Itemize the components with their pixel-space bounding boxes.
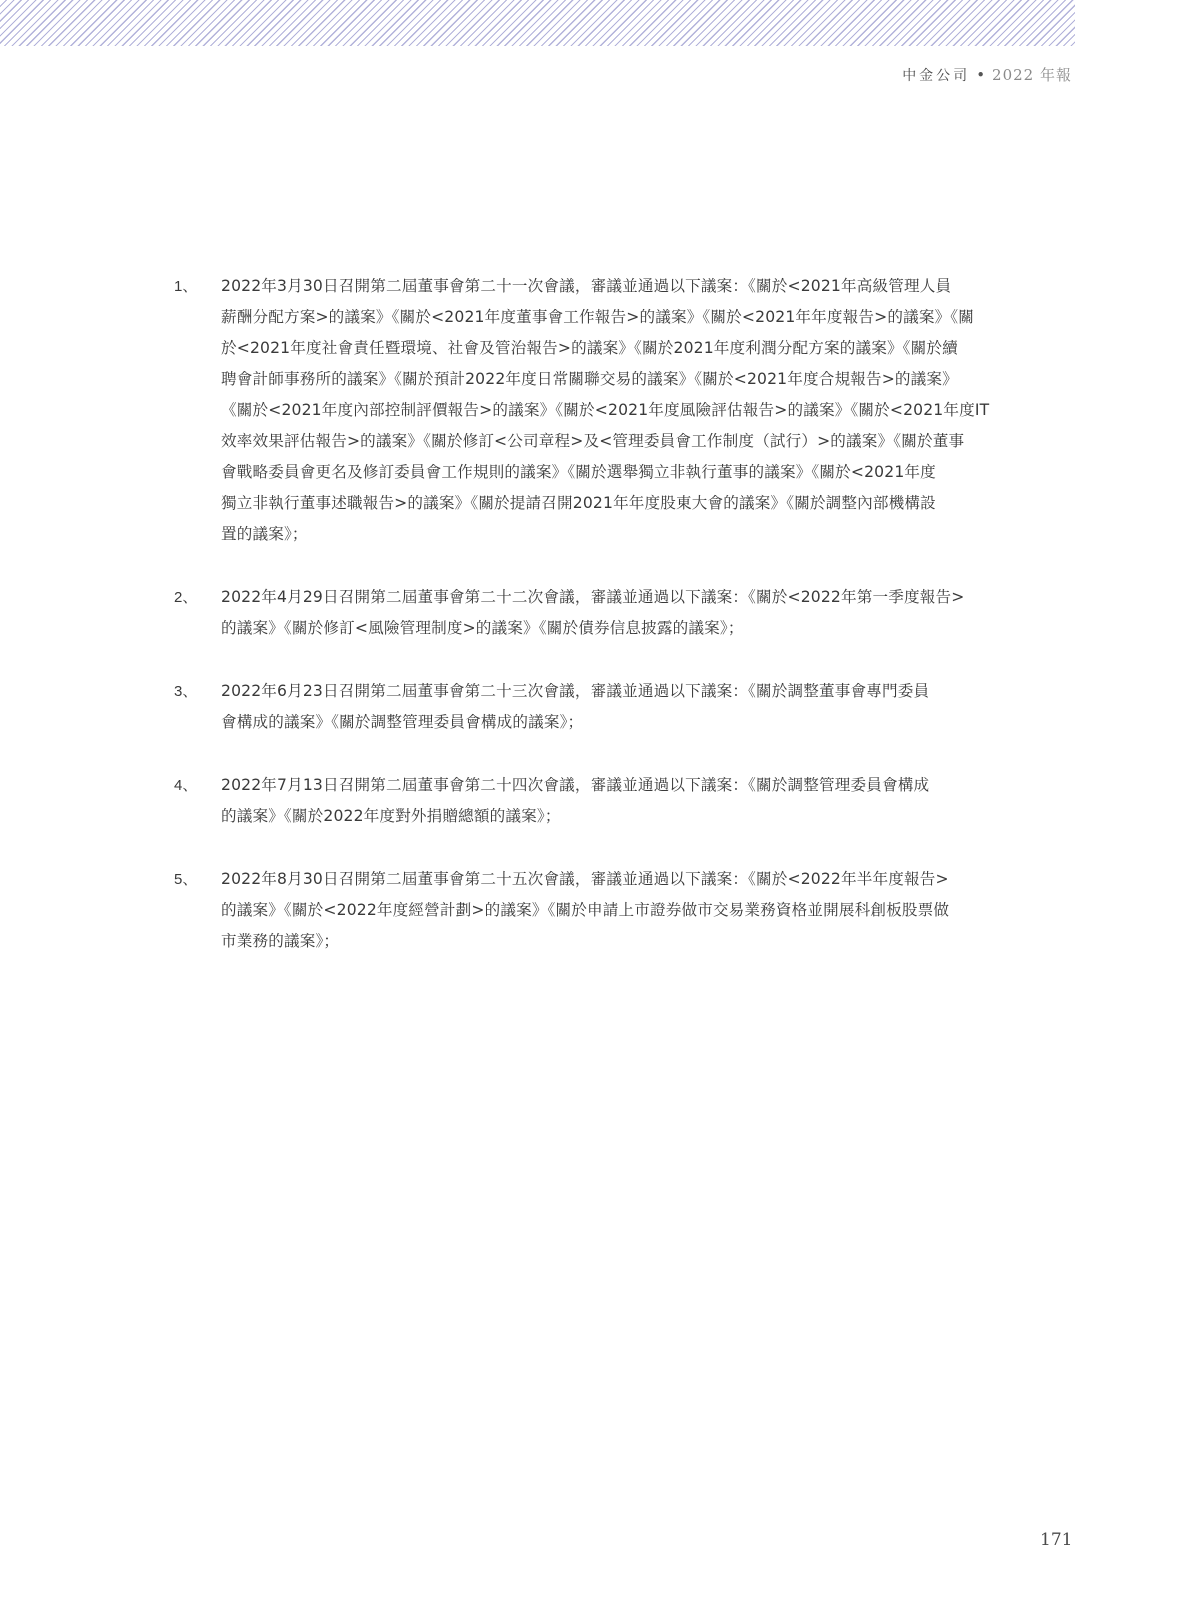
- item-text-line: 聘會計師事務所的議案》《關於預計2022年度日常關聯交易的議案》《關於<2021…: [221, 364, 1070, 395]
- item-text-line: 《關於<2021年度內部控制評價報告>的議案》《關於<2021年度風險評估報告>…: [221, 395, 1070, 426]
- item-text-line: 會戰略委員會更名及修訂委員會工作規則的議案》《關於選舉獨立非執行董事的議案》《關…: [221, 457, 1070, 488]
- item-text-line: 2022年4月29日召開第二屆董事會第二十二次會議，審議並通過以下議案：《關於<…: [221, 582, 1070, 613]
- item-text-line: 2022年8月30日召開第二屆董事會第二十五次會議，審議並通過以下議案：《關於<…: [221, 864, 1070, 895]
- item-number: 3、: [174, 676, 197, 707]
- item-text-line: 2022年6月23日召開第二屆董事會第二十三次會議，審議並通過以下議案：《關於調…: [221, 676, 1070, 707]
- list-item: 1、 2022年3月30日召開第二屆董事會第二十一次會議，審議並通過以下議案：《…: [170, 271, 1070, 550]
- item-text-line: 2022年7月13日召開第二屆董事會第二十四次會議，審議並通過以下議案：《關於調…: [221, 770, 1070, 801]
- decorative-hatch-band: [0, 0, 1075, 46]
- page-number: 171: [1040, 1530, 1072, 1550]
- item-text-line: 的議案》《關於2022年度對外捐贈總額的議案》；: [221, 801, 1070, 832]
- item-text-line: 市業務的議案》；: [221, 926, 1070, 957]
- item-text-line: 效率效果評估報告>的議案》《關於修訂<公司章程>及<管理委員會工作制度（試行）>…: [221, 426, 1070, 457]
- list-item: 5、 2022年8月30日召開第二屆董事會第二十五次會議，審議並通過以下議案：《…: [170, 864, 1070, 957]
- item-text-line: 會構成的議案》《關於調整管理委員會構成的議案》；: [221, 707, 1070, 738]
- company-name: 中金公司: [902, 68, 970, 84]
- running-header: 中金公司•2022 年報: [902, 64, 1072, 85]
- bullet-separator: •: [976, 66, 986, 84]
- resolution-list: 1、 2022年3月30日召開第二屆董事會第二十一次會議，審議並通過以下議案：《…: [170, 271, 1070, 989]
- item-number: 2、: [174, 582, 197, 613]
- item-text-line: 2022年3月30日召開第二屆董事會第二十一次會議，審議並通過以下議案：《關於<…: [221, 271, 1070, 302]
- item-number: 5、: [174, 864, 197, 895]
- item-text-line: 薪酬分配方案>的議案》《關於<2021年度董事會工作報告>的議案》《關於<202…: [221, 302, 1070, 333]
- item-text-line: 的議案》《關於<2022年度經營計劃>的議案》《關於申請上市證券做市交易業務資格…: [221, 895, 1070, 926]
- list-item: 4、 2022年7月13日召開第二屆董事會第二十四次會議，審議並通過以下議案：《…: [170, 770, 1070, 832]
- item-number: 4、: [174, 770, 197, 801]
- item-text-line: 的議案》《關於修訂<風險管理制度>的議案》《關於債券信息披露的議案》；: [221, 613, 1070, 644]
- item-number: 1、: [174, 271, 197, 302]
- list-item: 3、 2022年6月23日召開第二屆董事會第二十三次會議，審議並通過以下議案：《…: [170, 676, 1070, 738]
- report-title: 2022 年報: [992, 66, 1072, 84]
- item-text-line: 置的議案》；: [221, 519, 1070, 550]
- list-item: 2、 2022年4月29日召開第二屆董事會第二十二次會議，審議並通過以下議案：《…: [170, 582, 1070, 644]
- item-text-line: 獨立非執行董事述職報告>的議案》《關於提請召開2021年年度股東大會的議案》《關…: [221, 488, 1070, 519]
- item-text-line: 於<2021年度社會責任暨環境、社會及管治報告>的議案》《關於2021年度利潤分…: [221, 333, 1070, 364]
